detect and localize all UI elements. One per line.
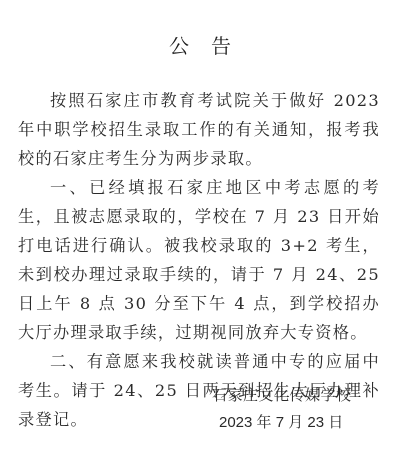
paragraph-item-one: 一、已经填报石家庄地区中考志愿的考生，且被志愿录取的，学校在 7 月 23 日开… bbox=[18, 173, 380, 347]
signature-organization: 石家庄文化传媒学校 bbox=[212, 384, 352, 405]
paragraph-intro: 按照石家庄市教育考试院关于做好 2023 年中职学校招生录取工作的有关通知，报考… bbox=[18, 86, 380, 173]
signature-date: 2023 年 7 月 23 日 bbox=[219, 411, 343, 432]
announcement-body: 按照石家庄市教育考试院关于做好 2023 年中职学校招生录取工作的有关通知，报考… bbox=[18, 86, 380, 434]
announcement-title: 公告 bbox=[0, 30, 400, 59]
